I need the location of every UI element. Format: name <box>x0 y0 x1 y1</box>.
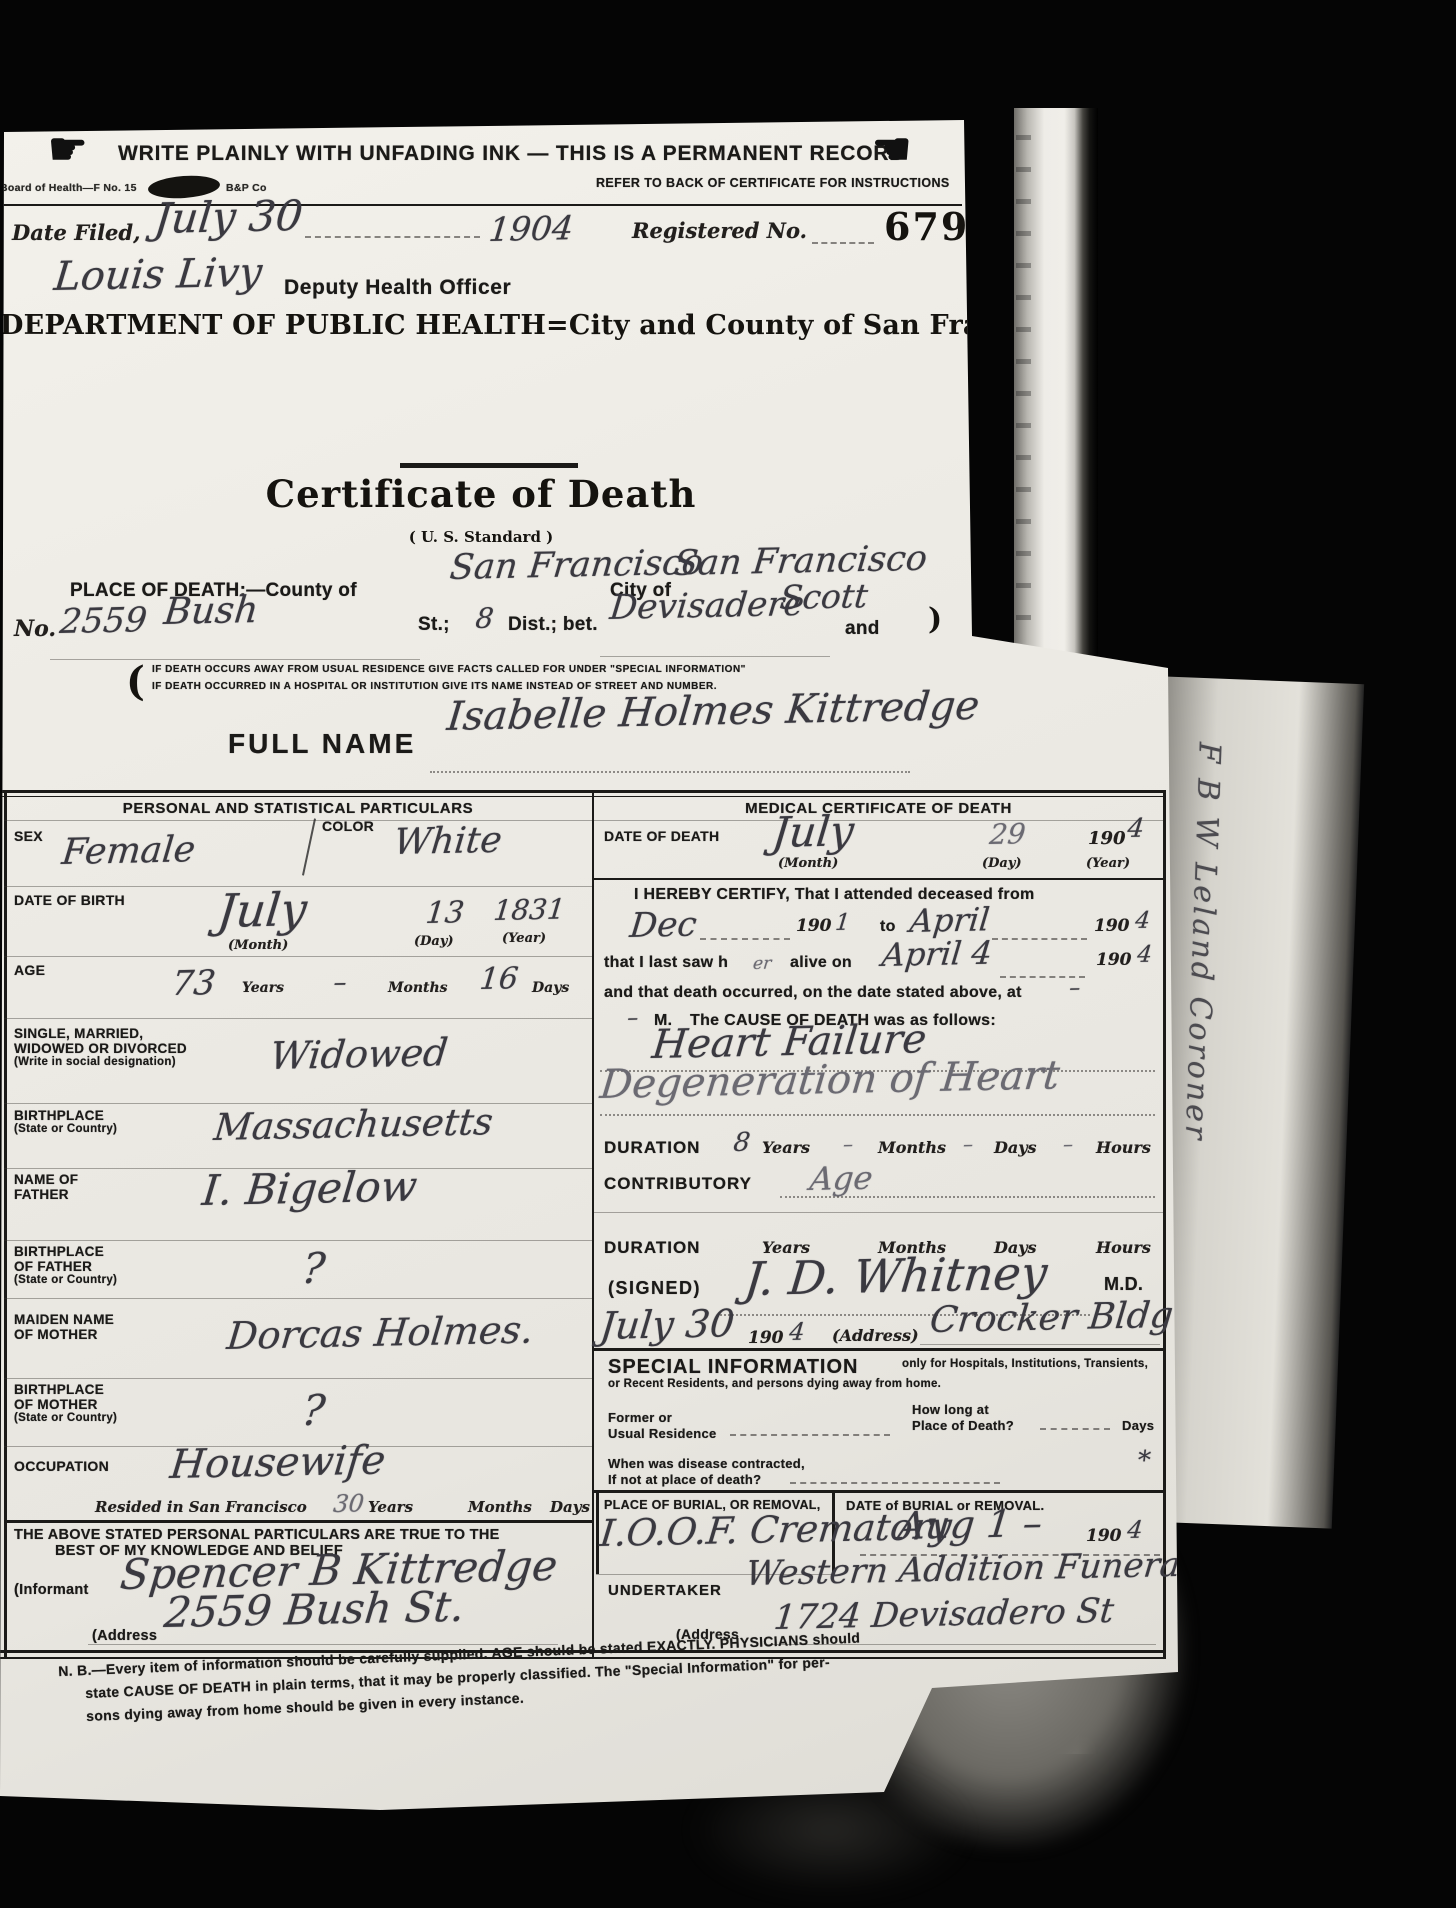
father-birthplace-label-3: (State or Country) <box>14 1274 117 1286</box>
age-months-caption: Months <box>388 980 448 996</box>
dod-month: July <box>770 806 856 857</box>
district-value: 8 <box>474 602 495 635</box>
street-value: Bush <box>162 588 260 633</box>
last-saw-suffix: er <box>752 954 772 974</box>
medical-header-rule <box>594 820 1163 821</box>
mother-birthplace-label-2: OF MOTHER <box>14 1397 98 1412</box>
certificate-title: Certificate of Death <box>0 472 962 516</box>
dob-month-caption: (Month) <box>228 938 288 953</box>
how-long-underline <box>1040 1428 1110 1430</box>
and-label: and <box>845 618 880 640</box>
refer-note: REFER TO BACK OF CERTIFICATE FOR INSTRUC… <box>596 176 950 190</box>
close-paren: ) <box>928 602 942 637</box>
special-info-header: SPECIAL INFORMATION <box>608 1356 858 1379</box>
age-label: AGE <box>14 962 45 978</box>
warning-banner: WRITE PLAINLY WITH UNFADING INK — THIS I… <box>118 142 905 166</box>
former-residence-underline <box>730 1434 890 1436</box>
full-name-underline <box>430 771 910 773</box>
table-border-top-2 <box>0 796 1166 797</box>
from-year-written: 1 <box>834 910 851 936</box>
how-long-label-2: Place of Death? <box>912 1418 1014 1433</box>
father-name-value: I. Bigelow <box>200 1162 419 1215</box>
m-dash: – <box>626 1006 640 1031</box>
district-label: Dist.; bet. <box>508 614 598 636</box>
contracted-underline <box>790 1482 1000 1484</box>
medical-column-header: MEDICAL CERTIFICATE OF DEATH <box>594 800 1163 817</box>
special-info-note-1: only for Hospitals, Institutions, Transi… <box>902 1358 1148 1370</box>
duration-1-hours-caption: Hours <box>1096 1138 1151 1157</box>
color-label: COLOR <box>322 818 374 834</box>
table-border-left <box>4 790 7 1657</box>
marital-label-3: (Write in social designation) <box>14 1056 176 1068</box>
undertaker-value: Western Addition Funeral Dirs <box>744 1543 1276 1594</box>
special-info-note-2: or Recent Residents, and persons dying a… <box>608 1378 941 1390</box>
resided-label: Resided in San Francisco <box>95 1498 307 1516</box>
signed-address-value: Crocker Bldg <box>928 1295 1175 1341</box>
birthplace-value: Massachusetts <box>212 1100 495 1149</box>
house-no-label: No. <box>14 616 56 642</box>
father-birthplace-label-1: BIRTHPLACE <box>14 1244 104 1259</box>
table-border-right <box>1163 790 1166 1657</box>
burial-date-year-written: 4 <box>1126 1516 1144 1544</box>
resided-years-value: 30 <box>332 1489 365 1518</box>
street-suffix-label: St.; <box>418 614 450 636</box>
father-birthplace-value: ? <box>300 1244 328 1293</box>
header-rule <box>0 204 962 206</box>
signed-date-year-written: 4 <box>788 1318 806 1346</box>
marital-value: Widowed <box>268 1030 450 1078</box>
pointing-hand-right-icon: ☛ <box>48 124 87 175</box>
color-value: White <box>392 820 504 863</box>
department-title: DEPARTMENT OF PUBLIC HEALTH=City and Cou… <box>0 310 962 341</box>
last-saw-date: April 4 <box>880 934 994 974</box>
mother-maiden-label-1: MAIDEN NAME <box>14 1312 114 1327</box>
undertaker-label: UNDERTAKER <box>608 1582 722 1599</box>
marital-label-1: SINGLE, MARRIED, <box>14 1026 143 1041</box>
personal-column-header: PERSONAL AND STATISTICAL PARTICULARS <box>4 800 592 817</box>
mother-birthplace-label-1: BIRTHPLACE <box>14 1382 104 1397</box>
dod-day-caption: (Day) <box>982 856 1022 871</box>
fine-print-paren: ( <box>126 658 145 705</box>
resided-days-caption: Days <box>550 1498 590 1516</box>
duration-1-dash-2: – <box>962 1132 974 1156</box>
health-officer-title: Deputy Health Officer <box>284 276 511 300</box>
duration-1-dash-1: – <box>842 1132 854 1156</box>
dod-year-caption: (Year) <box>1086 856 1130 871</box>
cross-street-value: Scott <box>778 576 870 617</box>
sex-color-divider <box>302 818 316 875</box>
age-days-caption: Days <box>532 980 569 996</box>
table-column-divider <box>592 790 594 1657</box>
informant-address-label: (Address <box>92 1628 157 1644</box>
former-residence-label-2: Usual Residence <box>608 1426 717 1441</box>
how-long-label-1: How long at <box>912 1402 989 1417</box>
dod-label: DATE OF DEATH <box>604 828 719 844</box>
footnote-mark: * <box>1136 1446 1152 1476</box>
registered-no-value: 679 <box>884 204 969 249</box>
duration-1-years-caption: Years <box>762 1138 810 1157</box>
special-info-rule <box>594 1348 1163 1351</box>
dod-day: 29 <box>988 817 1027 851</box>
signed-date-year-printed: 190 <box>748 1328 784 1348</box>
age-years-caption: Years <box>242 980 284 996</box>
duration-1-label: DURATION <box>604 1138 700 1158</box>
father-birthplace-label-2: OF FATHER <box>14 1259 92 1274</box>
dod-row-rule <box>594 878 1163 880</box>
mother-maiden-label-2: OF MOTHER <box>14 1327 98 1342</box>
alive-on-label: alive on <box>790 954 852 972</box>
burial-date-year-printed: 190 <box>1086 1526 1122 1546</box>
certificate-paper: ☛ WRITE PLAINLY WITH UNFADING INK — THIS… <box>0 116 1186 1822</box>
date-filed-label: Date Filed, <box>12 220 140 245</box>
occurred-mark: – <box>1068 976 1082 1001</box>
contracted-label-2: If not at place of death? <box>608 1472 761 1487</box>
birthplace-label-2: (State or Country) <box>14 1123 117 1135</box>
last-saw-year-printed: 190 <box>1096 950 1132 970</box>
between-underline <box>600 656 830 657</box>
dob-year: 1831 <box>492 893 567 927</box>
fine-print-line-1: IF DEATH OCCURS AWAY FROM USUAL RESIDENC… <box>152 664 746 675</box>
pointing-hand-left-icon: ☚ <box>872 124 911 175</box>
age-days-value: 16 <box>478 961 520 997</box>
sex-label: SEX <box>14 828 43 844</box>
age-months-value: – <box>332 968 348 998</box>
resided-years-caption: Years <box>368 1498 413 1516</box>
burial-box-top <box>594 1490 1163 1493</box>
between-street-value: Devisadere <box>608 584 806 628</box>
duration-2-label: DURATION <box>604 1238 700 1258</box>
burial-box-left <box>596 1490 599 1574</box>
marital-label-2: WIDOWED OR DIVORCED <box>14 1041 187 1056</box>
full-name-value: Isabelle Holmes Kittredge <box>445 683 981 740</box>
scanned-death-certificate: F B W Leland Coroner ☛ WRITE PLAINLY WIT… <box>0 0 1456 1908</box>
dob-day-caption: (Day) <box>414 934 454 949</box>
resided-months-caption: Months <box>468 1498 532 1516</box>
from-underline <box>700 938 790 940</box>
to-underline <box>992 938 1087 940</box>
footer-note: N. B.—Every item of information should b… <box>38 1626 950 1726</box>
registered-no-label: Registered No. <box>632 218 807 243</box>
signed-label: (SIGNED) <box>608 1278 701 1299</box>
duration-1-years-value: 8 <box>732 1128 752 1158</box>
last-saw-label: that I last saw h <box>604 954 728 972</box>
cause-2-underline <box>600 1114 1155 1116</box>
table-border-top <box>0 790 1166 793</box>
contributory-value: Age <box>808 1159 875 1198</box>
informant-address-value: 2559 Bush St. <box>162 1582 467 1637</box>
dod-month-caption: (Month) <box>778 856 838 871</box>
occurred-line: and that death occurred, on the date sta… <box>604 984 1022 1002</box>
title-bar <box>400 463 578 468</box>
duration-1-days-caption: Days <box>994 1138 1037 1157</box>
mother-maiden-value: Dorcas Holmes. <box>225 1308 536 1358</box>
health-officer-signature: Louis Livy <box>52 250 264 300</box>
form-number-note: Board of Health—F No. 15 <box>0 182 137 194</box>
dob-month: July <box>215 882 309 938</box>
declaration-rule <box>4 1520 592 1523</box>
from-year-printed: 190 <box>796 916 832 936</box>
duration-1-months-caption: Months <box>878 1138 946 1157</box>
dob-year-caption: (Year) <box>502 931 546 946</box>
father-name-label-1: NAME OF <box>14 1172 78 1187</box>
signed-address-label: (Address) <box>832 1326 919 1345</box>
informant-label: (Informant <box>14 1582 89 1598</box>
duration-1-dash-3: – <box>1062 1132 1074 1156</box>
signed-md-label: M.D. <box>1104 1274 1143 1295</box>
age-years-value: 73 <box>170 963 217 1004</box>
declaration-line-1: THE ABOVE STATED PERSONAL PARTICULARS AR… <box>14 1527 500 1543</box>
burial-date-value: Aug 1 – <box>896 1501 1044 1548</box>
signed-value: J. D. Whitney <box>742 1246 1050 1306</box>
occupation-value: Housewife <box>168 1438 388 1488</box>
duration-2-hours-caption: Hours <box>1096 1238 1151 1257</box>
to-year-written: 4 <box>1134 908 1151 934</box>
former-residence-label-1: Former or <box>608 1410 672 1425</box>
mother-birthplace-label-3: (State or Country) <box>14 1412 117 1424</box>
contributory-underline <box>780 1196 1155 1198</box>
to-year-printed: 190 <box>1094 916 1130 936</box>
cause-value-2: Degeneration of Heart <box>598 1052 1062 1108</box>
dob-label: DATE OF BIRTH <box>14 892 125 908</box>
how-long-days-caption: Days <box>1122 1418 1154 1433</box>
attended-from-value: Dec <box>628 905 699 946</box>
date-filed-underline <box>305 236 480 238</box>
birthplace-label-1: BIRTHPLACE <box>14 1108 104 1123</box>
dob-day: 13 <box>424 895 466 931</box>
occupation-label: OCCUPATION <box>14 1458 109 1474</box>
date-filed-year: 1904 <box>487 208 575 249</box>
full-name-label: FULL NAME <box>228 728 416 760</box>
to-label: to <box>880 918 896 936</box>
father-name-label-2: FATHER <box>14 1187 69 1202</box>
street-underline <box>50 659 420 660</box>
sex-value: Female <box>60 829 197 873</box>
house-no-value: 2559 <box>58 600 149 642</box>
mother-birthplace-value: ? <box>300 1386 328 1435</box>
dod-year-written: 4 <box>1126 814 1146 844</box>
signed-date-value: July 30 <box>598 1301 737 1348</box>
registered-no-underline <box>812 242 874 244</box>
date-filed-value: July 30 <box>152 191 305 243</box>
last-saw-year-written: 4 <box>1136 942 1153 968</box>
contributory-label: CONTRIBUTORY <box>604 1174 752 1194</box>
contracted-label-1: When was disease contracted, <box>608 1456 805 1471</box>
dod-year-printed: 190 <box>1088 828 1126 849</box>
